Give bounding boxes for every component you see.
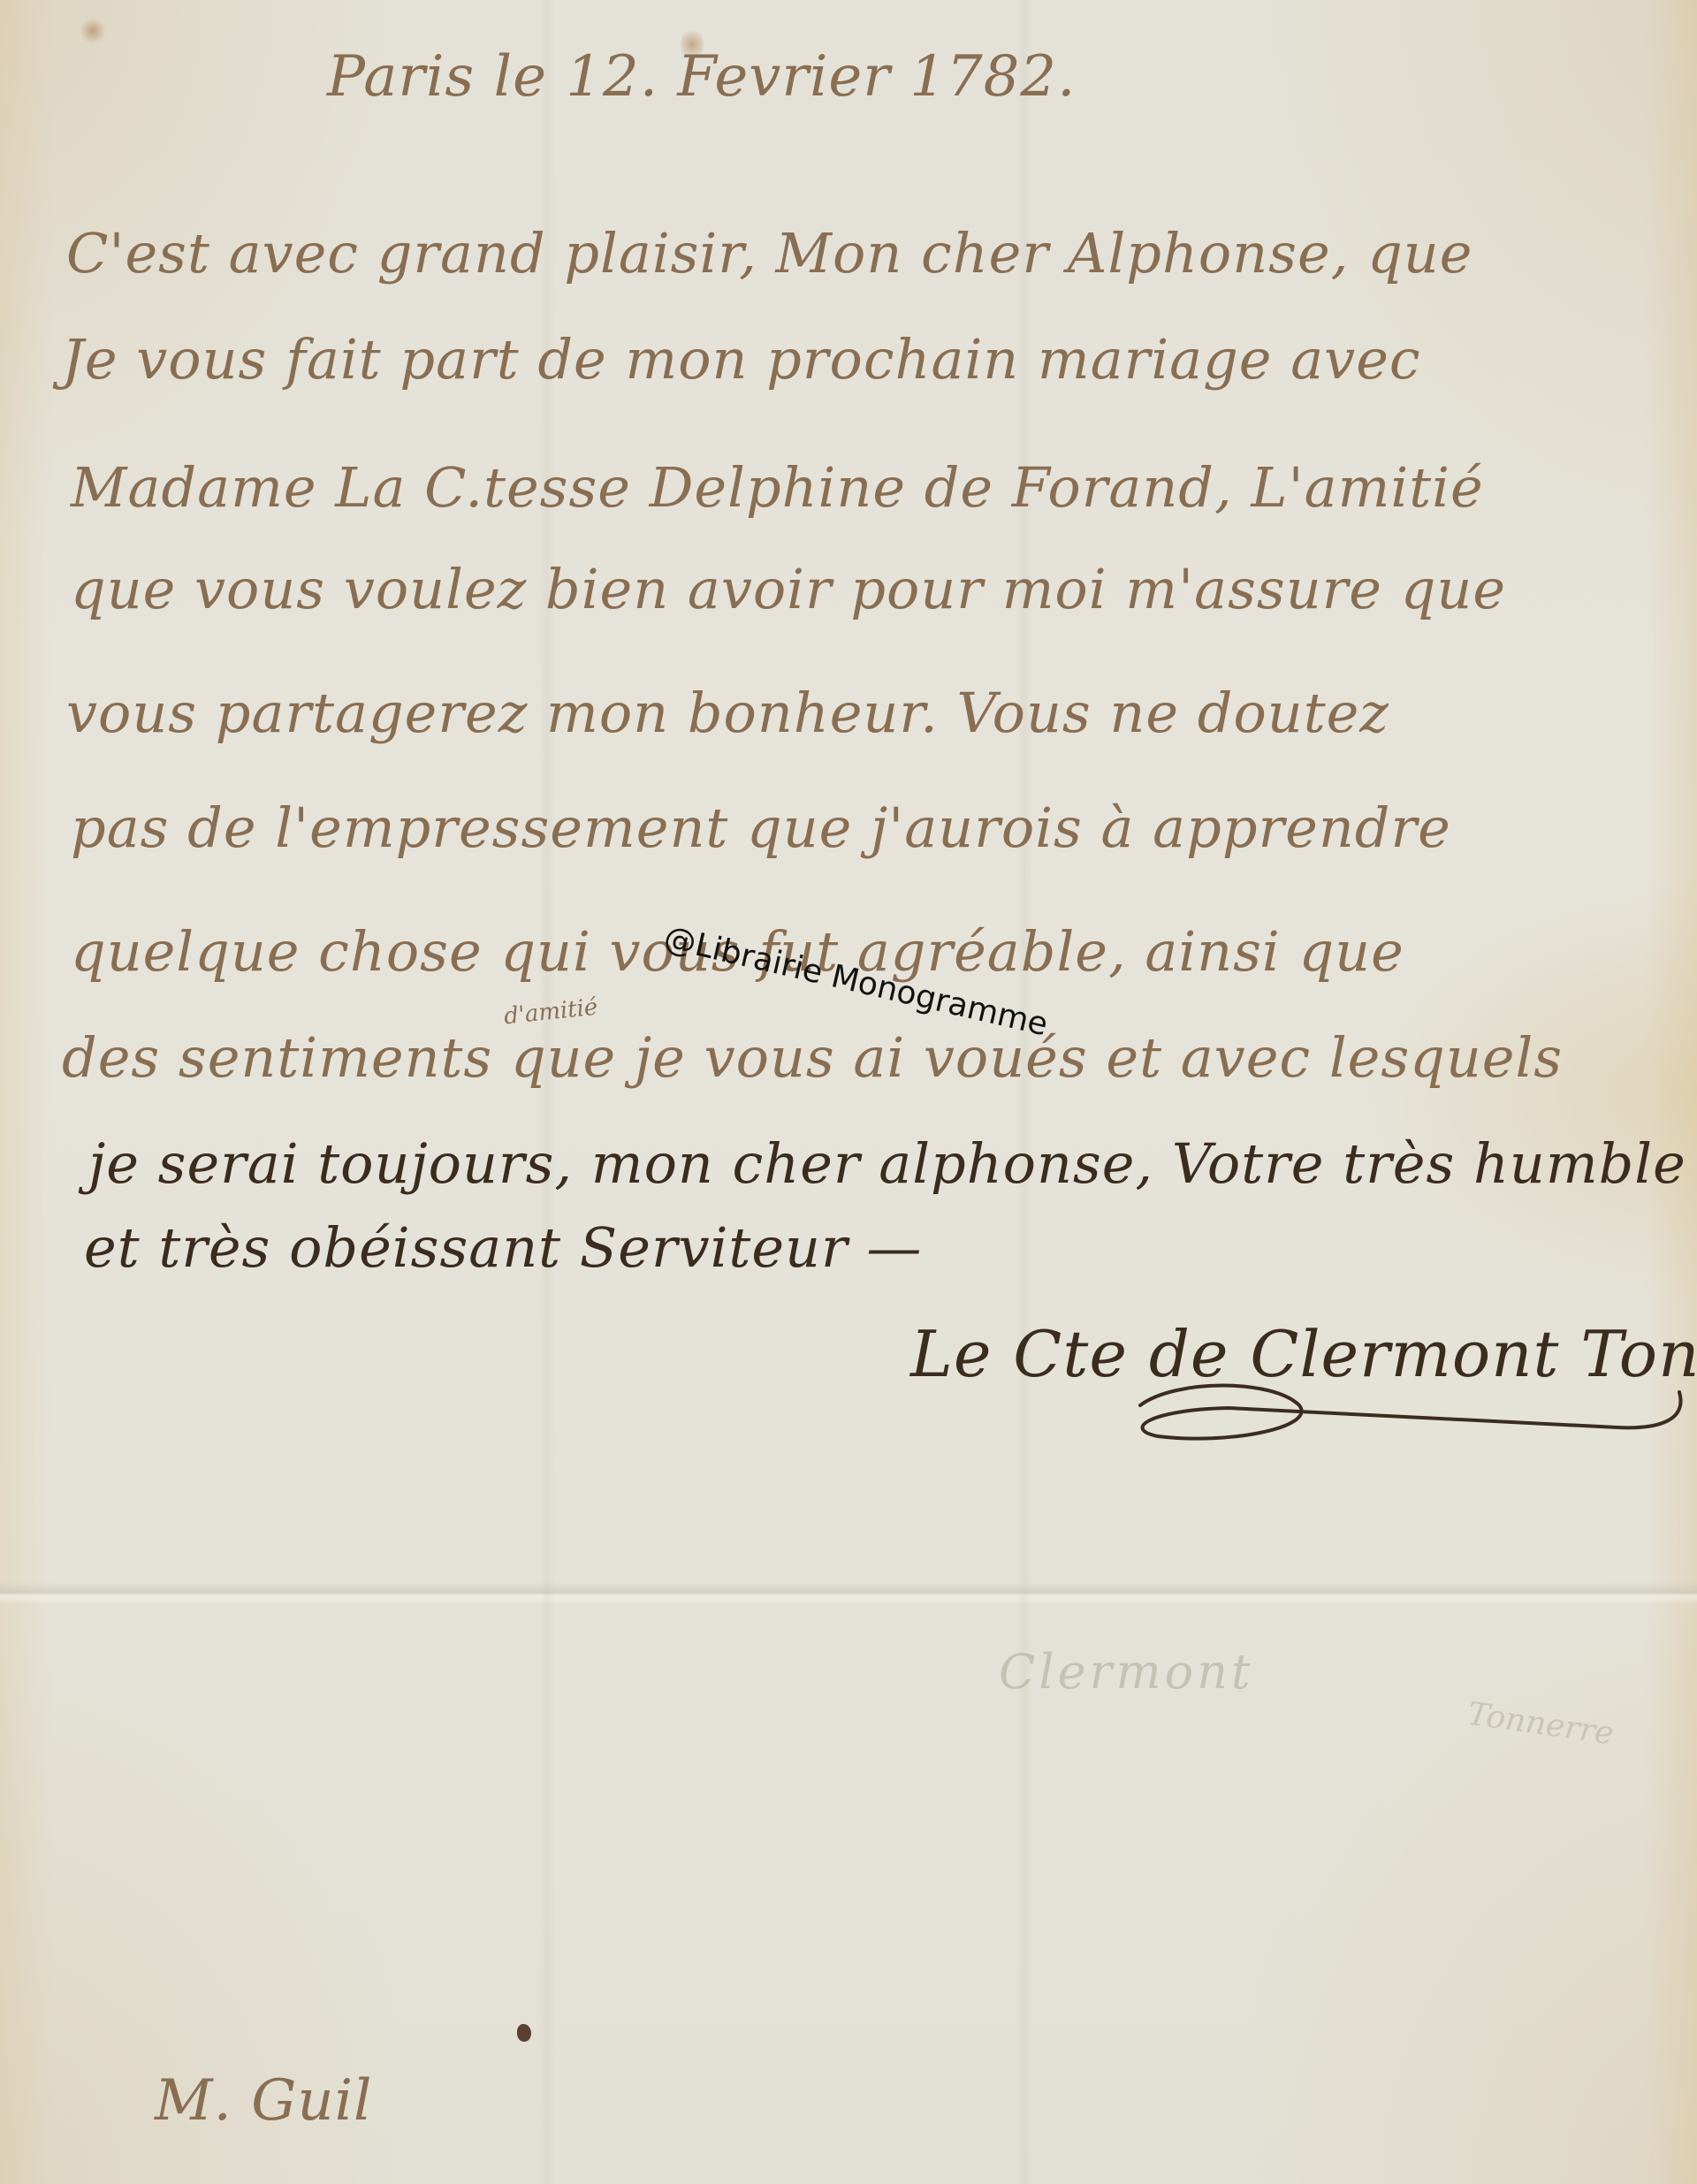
body-line: des sentiments que je vous ai voués et a… (62, 1025, 1563, 1090)
body-line: que vous voulez bien avoir pour moi m'as… (71, 557, 1506, 621)
body-line: je serai toujours, mon cher alphonse, Vo… (88, 1131, 1686, 1196)
body-line: Madame La C.tesse Delphine de Forand, L'… (71, 455, 1484, 520)
horizontal-fold (0, 1582, 1697, 1605)
foxing-stain (80, 18, 106, 44)
body-line: Je vous fait part de mon prochain mariag… (62, 327, 1421, 392)
ink-blot (517, 2024, 531, 2042)
faded-annotation: Clermont (999, 1644, 1254, 1700)
body-line: pas de l'empressement que j'aurois à app… (71, 795, 1451, 860)
dateline: Paris le 12. Fevrier 1782. (327, 44, 1076, 110)
closing-line: et très obéissant Serviteur — (84, 1215, 922, 1280)
body-line: vous partagerez mon bonheur. Vous ne dou… (66, 681, 1389, 745)
address-line: M. Guil (155, 2068, 373, 2134)
body-line: C'est avec grand plaisir, Mon cher Alpho… (66, 221, 1473, 285)
signature-flourish (1122, 1374, 1697, 1454)
